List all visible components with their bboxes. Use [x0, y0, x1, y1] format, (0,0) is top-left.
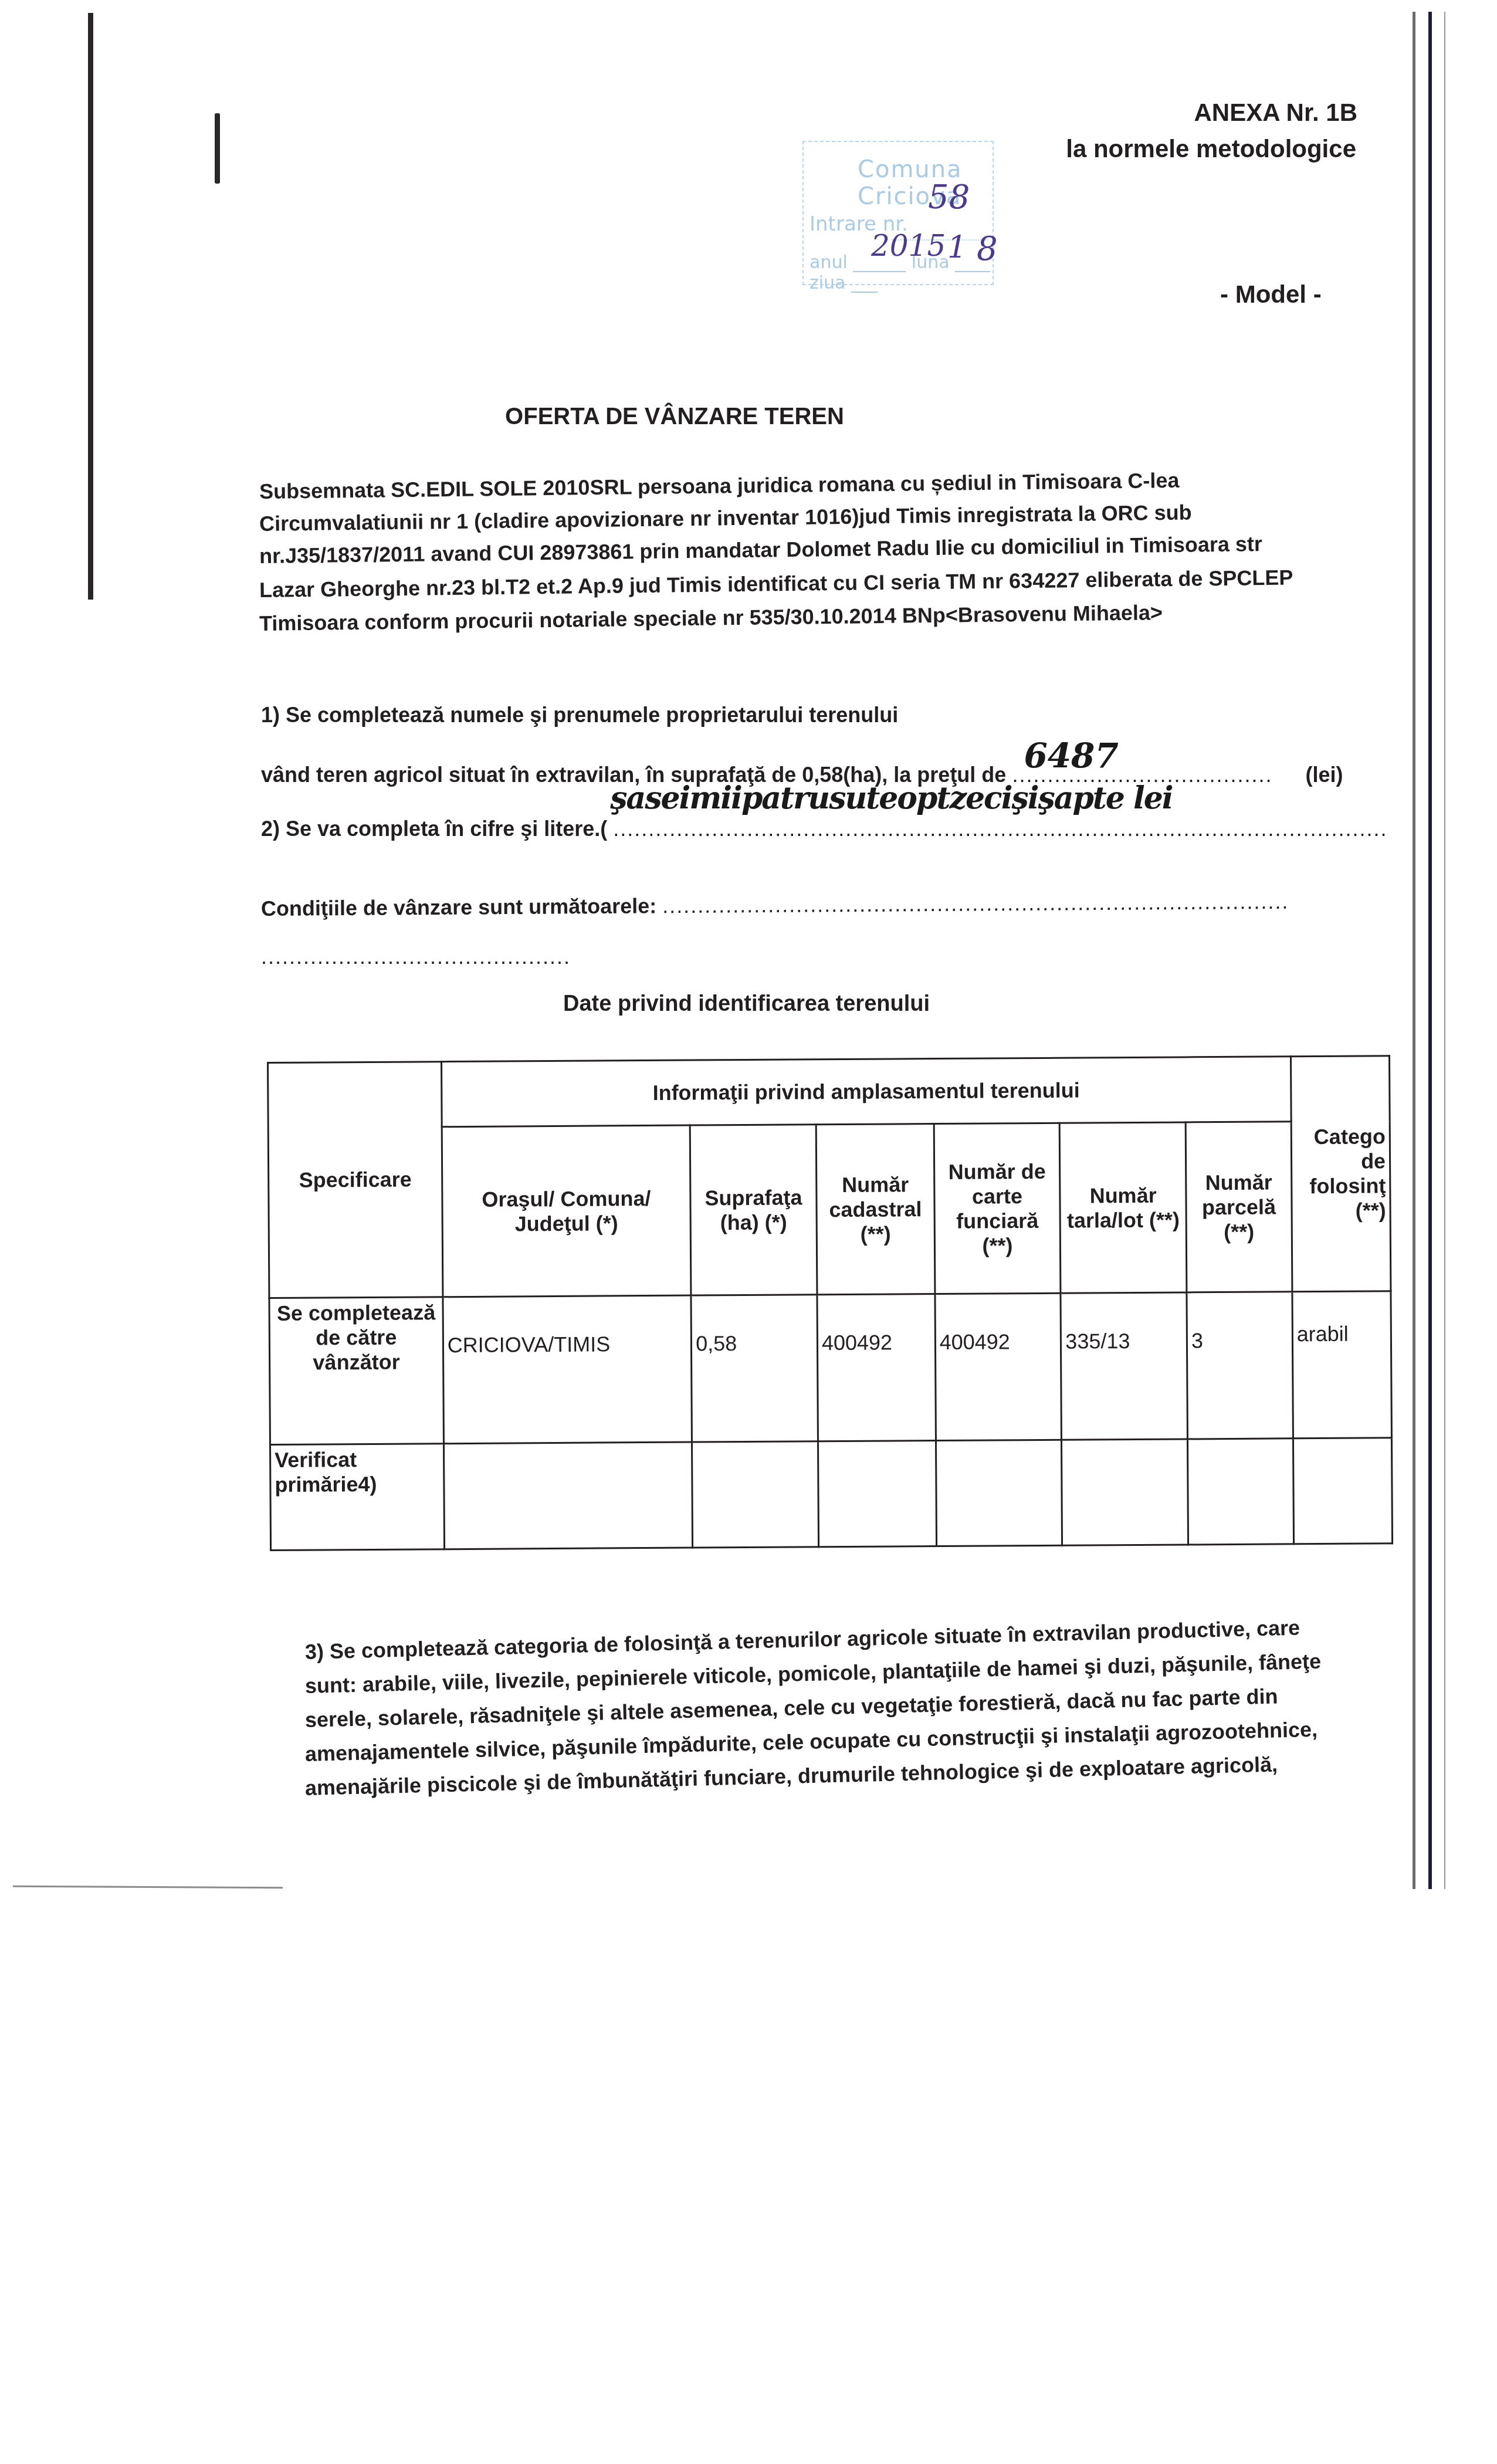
conditions-continuation[interactable]: ........................................…	[261, 945, 571, 969]
table-cell	[818, 1441, 936, 1547]
owner-note: 1) Se completează numele şi prenumele pr…	[261, 703, 898, 727]
column-header: Suprafaţa (ha) (*)	[690, 1125, 817, 1295]
intro-line: nr.J35/1837/2011 avand CUI 28973861 prin…	[259, 533, 1262, 567]
table-cell	[1062, 1439, 1188, 1545]
intro-line: Lazar Gheorghe nr.23 bl.T2 et.2 Ap.9 jud…	[259, 567, 1293, 601]
model-label: - Model -	[1220, 280, 1322, 309]
conditions-field[interactable]: ........................................…	[662, 889, 1289, 918]
row-label: Verificat primărie4)	[270, 1444, 444, 1551]
row-label: Se completează de către vânzător	[269, 1297, 443, 1445]
price-unit: (lei)	[1305, 763, 1343, 787]
document-title: OFERTA DE VÂNZARE TEREN	[0, 404, 1349, 430]
table-cell	[936, 1440, 1062, 1546]
table-cell	[443, 1442, 693, 1549]
annex-label: ANEXA Nr. 1B	[1194, 99, 1357, 127]
scan-edge-right	[1444, 12, 1445, 1889]
location-group-header: Informaţii privind amplasamentul terenul…	[441, 1057, 1291, 1127]
price-words-field[interactable]: ........................................…	[613, 817, 1393, 841]
conditions-line: Condiţiile de vânzare sunt următoarele: …	[261, 889, 1289, 921]
column-header: Număr cadastral (**)	[816, 1124, 935, 1295]
table-cell: arabil	[1292, 1291, 1392, 1439]
table-cell: 335/13	[1061, 1292, 1187, 1440]
conditions-label: Condiţiile de vânzare sunt următoarele:	[261, 893, 656, 920]
column-header: Număr de carte funciară (**)	[934, 1123, 1061, 1294]
table-cell: CRICIOVA/TIMIS	[443, 1295, 692, 1444]
table-cell	[1187, 1439, 1293, 1545]
price-words-handwritten: şaseimiipatrusuteoptzecişişapte lei	[610, 780, 1172, 816]
words-line: 2) Se va completa în cifre şi litere.( .…	[261, 817, 1393, 841]
registration-stamp: Comuna Criciova Intrare nr. anul ______ …	[802, 141, 994, 285]
annex-subtitle: la normele metodologice	[1066, 135, 1356, 163]
scan-bottom-line	[13, 1886, 283, 1888]
scan-edge-right	[1428, 12, 1432, 1889]
intro-line: Timisoara conform procurii notariale spe…	[259, 602, 1163, 634]
table-row: Verificat primărie4)	[270, 1438, 1392, 1551]
scan-edge-right	[1413, 12, 1415, 1889]
column-header: Număr tarla/lot (**)	[1060, 1122, 1187, 1293]
intro-line: Subsemnata SC.EDIL SOLE 2010SRL persoana…	[259, 470, 1180, 502]
table-cell	[1293, 1438, 1392, 1544]
table-row: Se completează de către vânzător CRICIOV…	[269, 1291, 1391, 1445]
scan-edge-left	[88, 13, 93, 600]
table-cell: 3	[1187, 1292, 1293, 1439]
stamp-entry-number: 58	[928, 178, 970, 216]
column-header: Oraşul/ Comuna/ Judeţul (*)	[442, 1125, 691, 1297]
table-cell: 0,58	[691, 1295, 818, 1442]
intro-line: Circumvalatiunii nr 1 (cladire apovizion…	[259, 502, 1192, 534]
price-handwritten: 6487	[1024, 736, 1118, 776]
spec-header: Specificare	[268, 1062, 443, 1298]
price-words-dots: ........................................…	[613, 817, 1387, 841]
stamp-institution: Comuna Criciova	[858, 156, 993, 210]
table-title: Date privind identificarea terenului	[563, 991, 930, 1017]
table-cell: 400492	[935, 1293, 1062, 1440]
words-prefix: 2) Se va completa în cifre şi litere.(	[261, 817, 607, 841]
table-cell	[692, 1441, 819, 1548]
scan-mark	[215, 113, 220, 184]
land-identification-table: Specificare Informaţii privind amplasame…	[267, 1055, 1393, 1551]
table-cell: 400492	[817, 1294, 936, 1441]
column-header: Număr parcelă (**)	[1186, 1122, 1292, 1292]
stamp-day: 8	[977, 230, 998, 268]
column-header: Catego de folosinţ (**)	[1291, 1056, 1391, 1292]
stamp-year: 2015	[871, 229, 946, 263]
stamp-month: 1	[947, 230, 967, 265]
